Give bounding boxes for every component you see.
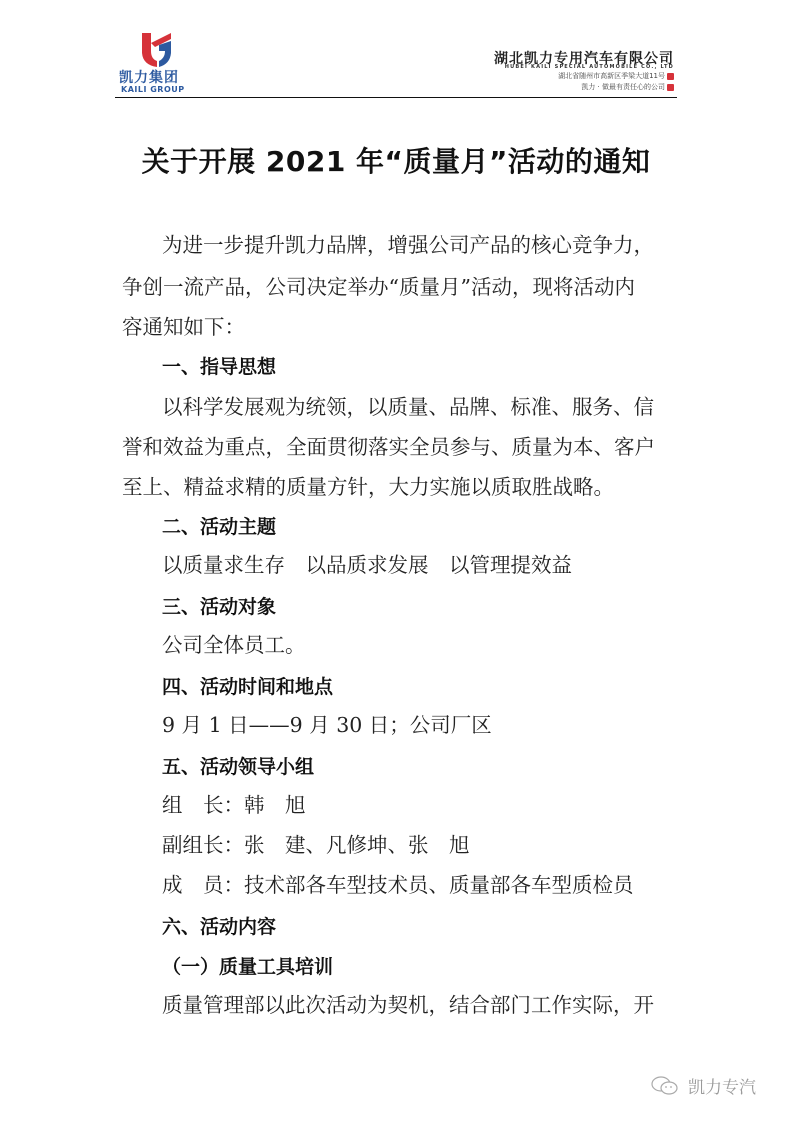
kaili-logo-icon: [137, 29, 177, 69]
slogan-text: 凯力 · 做最有责任心的公司: [581, 82, 665, 92]
watermark: 凯力专汽: [650, 1073, 756, 1098]
section-heading: 六、活动内容: [162, 912, 276, 939]
section-line: 副组长：张 建、凡修坤、张 旭: [162, 828, 470, 858]
letterhead: 凯力集团 KAILI GROUP 湖北凯力专用汽车有限公司 HUBEI KAIL…: [0, 0, 792, 100]
section-line: 以质量求生存 以品质求发展 以管理提效益: [162, 548, 572, 578]
wechat-icon: [650, 1074, 680, 1098]
section-line: 成 员：技术部各车型技术员、质量部各车型质检员: [162, 868, 634, 898]
company-address: 湖北省随州市高新区季梁大道11号: [558, 71, 674, 81]
intro-line: 争创一流产品，公司决定举办“质量月”活动，现将活动内: [122, 270, 635, 300]
section-heading: 五、活动领导小组: [162, 752, 314, 779]
section-heading: 四、活动时间和地点: [162, 672, 333, 699]
document-title: 关于开展 2021 年“质量月”活动的通知: [0, 140, 792, 180]
red-badge-icon: [667, 84, 674, 91]
section-heading: 一、指导思想: [162, 352, 276, 379]
company-slogan: 凯力 · 做最有责任心的公司: [581, 82, 674, 92]
address-text: 湖北省随州市高新区季梁大道11号: [558, 71, 665, 81]
section-heading: 三、活动对象: [162, 592, 276, 619]
company-name-en: HUBEI KAILI SPECIAL AUTOMOBILE CO., LTD: [505, 64, 674, 70]
section-line: 以科学发展观为统领，以质量、品牌、标准、服务、信: [162, 390, 654, 420]
section-line: 质量管理部以此次活动为契机，结合部门工作实际，开: [162, 988, 654, 1018]
section-line: 誉和效益为重点，全面贯彻落实全员参与、质量为本、客户: [122, 430, 655, 460]
watermark-text: 凯力专汽: [688, 1073, 756, 1098]
logo-name-en: KAILI GROUP: [121, 85, 185, 94]
section-line: 组 长：韩 旭: [162, 788, 306, 818]
section-line: 至上、精益求精的质量方针，大力实施以质取胜战略。: [122, 470, 614, 500]
section-line: 公司全体员工。: [162, 628, 306, 658]
section-heading: 二、活动主题: [162, 512, 276, 539]
red-badge-icon: [667, 73, 674, 80]
subsection-heading: （一）质量工具培训: [162, 952, 333, 979]
section-line: 9 月 1 日——9 月 30 日；公司厂区: [162, 708, 492, 738]
header-divider: [115, 97, 677, 98]
intro-line: 为进一步提升凯力品牌，增强公司产品的核心竞争力，: [162, 228, 654, 258]
intro-line: 容通知如下：: [122, 310, 245, 340]
logo-name-cn: 凯力集团: [119, 67, 179, 87]
